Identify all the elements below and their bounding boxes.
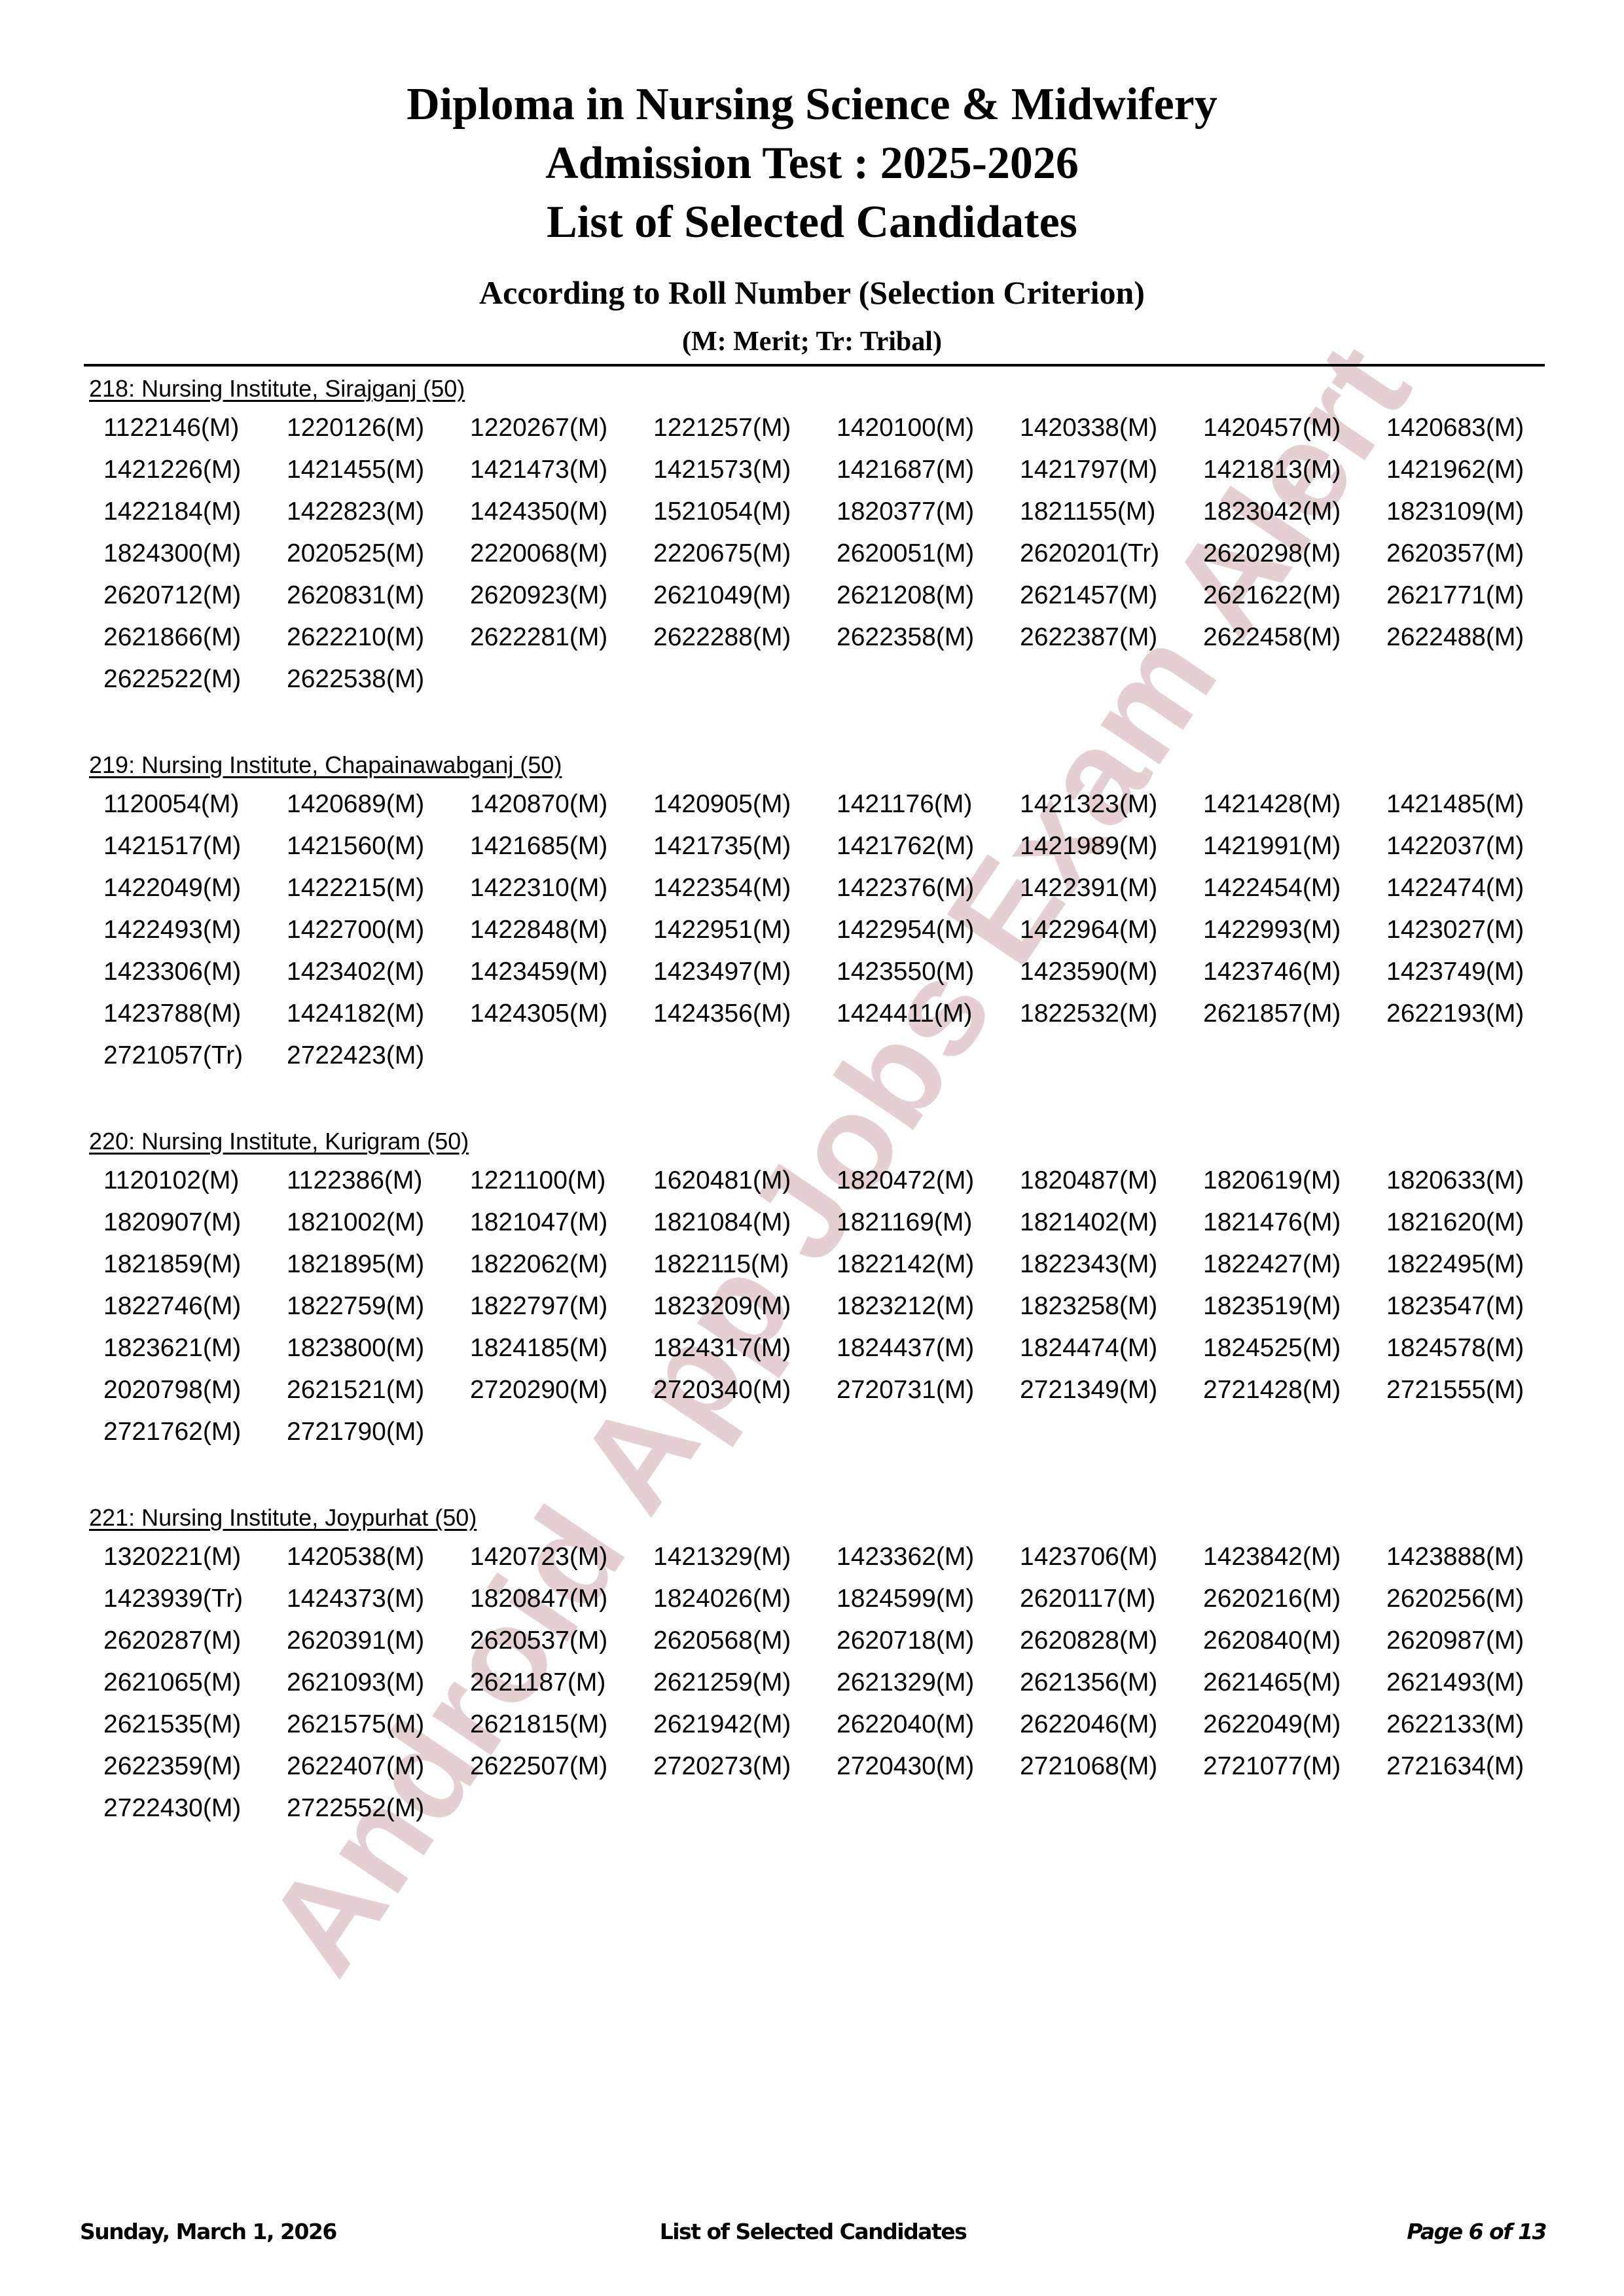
candidate-roll: 1423550(M) <box>818 951 1001 993</box>
candidate-roll: 2721057(Tr) <box>85 1035 268 1077</box>
title-line-1: Diploma in Nursing Science & Midwifery <box>0 75 1624 134</box>
candidate-roll: 2721555(M) <box>1368 1369 1551 1411</box>
candidate-roll: 1822062(M) <box>452 1244 635 1285</box>
candidate-roll: 2620712(M) <box>85 575 268 617</box>
candidate-roll: 1420689(M) <box>268 783 452 825</box>
candidate-roll: 1824525(M) <box>1185 1327 1368 1369</box>
candidate-roll: 2620568(M) <box>635 1620 818 1662</box>
candidate-roll: 1422376(M) <box>818 867 1001 909</box>
candidate-roll: 1423027(M) <box>1368 909 1551 951</box>
candidate-roll: 2720731(M) <box>818 1369 1001 1411</box>
candidate-roll: 2620828(M) <box>1001 1620 1185 1662</box>
candidate-roll: 2621187(M) <box>452 1662 635 1704</box>
candidate-roll: 2620357(M) <box>1368 533 1551 575</box>
candidate-roll: 1821895(M) <box>268 1244 452 1285</box>
candidate-roll: 2720290(M) <box>452 1369 635 1411</box>
candidate-roll: 2721428(M) <box>1185 1369 1368 1411</box>
candidate-roll: 1420338(M) <box>1001 407 1185 449</box>
candidate-roll: 1824317(M) <box>635 1327 818 1369</box>
candidate-roll: 2622193(M) <box>1368 993 1551 1035</box>
candidate-roll: 1421323(M) <box>1001 783 1185 825</box>
footer-title: List of Selected Candidates <box>80 2215 1546 2248</box>
candidate-roll: 1423402(M) <box>268 951 452 993</box>
section-heading: 221: Nursing Institute, Joypurhat (50) <box>89 1503 1558 1532</box>
candidate-roll: 1221257(M) <box>635 407 818 449</box>
candidate-roll: 1422474(M) <box>1368 867 1551 909</box>
candidate-roll: 1423842(M) <box>1185 1536 1368 1578</box>
candidate-roll: 1422184(M) <box>85 491 268 533</box>
candidate-roll: 2622288(M) <box>635 617 818 658</box>
candidate-roll: 1822343(M) <box>1001 1244 1185 1285</box>
candidate-roll: 2721068(M) <box>1001 1746 1185 1787</box>
section-heading: 220: Nursing Institute, Kurigram (50) <box>89 1127 1558 1156</box>
candidate-roll: 2621465(M) <box>1185 1662 1368 1704</box>
candidate-roll: 1424350(M) <box>452 491 635 533</box>
legend-note: (M: Merit; Tr: Tribal) <box>0 324 1624 359</box>
candidate-roll: 2622458(M) <box>1185 617 1368 658</box>
candidate-roll: 1422951(M) <box>635 909 818 951</box>
candidate-roll: 1823258(M) <box>1001 1285 1185 1327</box>
candidate-roll: 2620117(M) <box>1001 1578 1185 1620</box>
candidate-roll: 2620298(M) <box>1185 533 1368 575</box>
candidate-roll: 1824578(M) <box>1368 1327 1551 1369</box>
candidate-roll: 1421517(M) <box>85 825 268 867</box>
candidate-roll: 1824599(M) <box>818 1578 1001 1620</box>
candidate-roll: 1220267(M) <box>452 407 635 449</box>
candidate-roll: 2621457(M) <box>1001 575 1185 617</box>
candidate-roll: 2621259(M) <box>635 1662 818 1704</box>
candidate-roll: 2620831(M) <box>268 575 452 617</box>
candidate-roll: 1420457(M) <box>1185 407 1368 449</box>
candidate-roll: 1423497(M) <box>635 951 818 993</box>
candidate-roll: 2720273(M) <box>635 1746 818 1787</box>
candidate-roll: 2621093(M) <box>268 1662 452 1704</box>
candidate-roll: 2620287(M) <box>85 1620 268 1662</box>
candidate-roll: 2620201(Tr) <box>1001 533 1185 575</box>
candidate-roll: 1821620(M) <box>1368 1202 1551 1244</box>
candidate-roll: 1421428(M) <box>1185 783 1368 825</box>
candidate-roll: 1823212(M) <box>818 1285 1001 1327</box>
candidate-roll: 2721077(M) <box>1185 1746 1368 1787</box>
candidate-roll: 1820487(M) <box>1001 1160 1185 1202</box>
candidate-roll: 1421962(M) <box>1368 449 1551 491</box>
candidate-roll: 1120102(M) <box>85 1160 268 1202</box>
section-heading: 218: Nursing Institute, Sirajganj (50) <box>89 374 1558 403</box>
candidate-roll: 2622522(M) <box>85 658 268 700</box>
candidate-roll: 1423788(M) <box>85 993 268 1035</box>
candidate-roll: 1820472(M) <box>818 1160 1001 1202</box>
candidate-roll: 2621575(M) <box>268 1704 452 1746</box>
institute-section: 219: Nursing Institute, Chapainawabganj … <box>85 751 1558 1077</box>
candidate-roll: 1823800(M) <box>268 1327 452 1369</box>
candidate-roll: 1421989(M) <box>1001 825 1185 867</box>
candidate-roll: 2620987(M) <box>1368 1620 1551 1662</box>
candidate-roll: 1422454(M) <box>1185 867 1368 909</box>
candidate-roll: 1824026(M) <box>635 1578 818 1620</box>
candidate-roll: 1822142(M) <box>818 1244 1001 1285</box>
institute-section: 218: Nursing Institute, Sirajganj (50) 1… <box>85 374 1558 700</box>
candidate-roll: 2621208(M) <box>818 575 1001 617</box>
candidate-roll: 1421797(M) <box>1001 449 1185 491</box>
candidate-roll: 1423939(Tr) <box>85 1578 268 1620</box>
candidate-roll: 1422848(M) <box>452 909 635 951</box>
candidate-roll: 1423306(M) <box>85 951 268 993</box>
candidate-roll: 1422700(M) <box>268 909 452 951</box>
candidate-roll: 1421473(M) <box>452 449 635 491</box>
title-line-2: Admission Test : 2025-2026 <box>0 134 1624 193</box>
candidate-roll: 2722423(M) <box>268 1035 452 1077</box>
candidate-roll: 2721349(M) <box>1001 1369 1185 1411</box>
candidate-grid: 1120054(M)1420689(M)1420870(M)1420905(M)… <box>85 783 1558 1077</box>
candidate-roll: 1220126(M) <box>268 407 452 449</box>
candidate-roll: 1821155(M) <box>1001 491 1185 533</box>
candidate-roll: 2220068(M) <box>452 533 635 575</box>
candidate-roll: 1821859(M) <box>85 1244 268 1285</box>
candidate-roll: 2621493(M) <box>1368 1662 1551 1704</box>
candidate-roll: 1221100(M) <box>452 1160 635 1202</box>
candidate-roll: 1822797(M) <box>452 1285 635 1327</box>
candidate-roll: 1122146(M) <box>85 407 268 449</box>
candidate-roll: 2621521(M) <box>268 1369 452 1411</box>
candidate-roll: 1421329(M) <box>635 1536 818 1578</box>
candidate-roll: 1420538(M) <box>268 1536 452 1578</box>
institute-section: 221: Nursing Institute, Joypurhat (50) 1… <box>85 1503 1558 1829</box>
candidate-roll: 2620537(M) <box>452 1620 635 1662</box>
candidate-roll: 1820847(M) <box>452 1578 635 1620</box>
candidate-grid: 1320221(M)1420538(M)1420723(M)1421329(M)… <box>85 1536 1558 1829</box>
candidate-roll: 1821169(M) <box>818 1202 1001 1244</box>
candidate-roll: 1422354(M) <box>635 867 818 909</box>
candidate-roll: 2622387(M) <box>1001 617 1185 658</box>
candidate-roll: 1420683(M) <box>1368 407 1551 449</box>
candidate-roll: 1823621(M) <box>85 1327 268 1369</box>
candidate-roll: 2622210(M) <box>268 617 452 658</box>
candidate-roll: 1821402(M) <box>1001 1202 1185 1244</box>
candidate-roll: 1122386(M) <box>268 1160 452 1202</box>
candidate-roll: 1424373(M) <box>268 1578 452 1620</box>
candidate-grid: 1122146(M)1220126(M)1220267(M)1221257(M)… <box>85 407 1558 700</box>
candidate-roll: 1422391(M) <box>1001 867 1185 909</box>
candidate-roll: 1821002(M) <box>268 1202 452 1244</box>
candidate-roll: 1422823(M) <box>268 491 452 533</box>
candidate-roll: 2622281(M) <box>452 617 635 658</box>
candidate-roll: 1423459(M) <box>452 951 635 993</box>
candidate-roll: 2621356(M) <box>1001 1662 1185 1704</box>
candidate-roll: 1421226(M) <box>85 449 268 491</box>
candidate-roll: 1821084(M) <box>635 1202 818 1244</box>
candidate-roll: 1423749(M) <box>1368 951 1551 993</box>
page-number: Page 6 of 13 <box>1407 2215 1546 2248</box>
candidate-roll: 2620216(M) <box>1185 1578 1368 1620</box>
candidate-roll: 2721634(M) <box>1368 1746 1551 1787</box>
section-heading: 219: Nursing Institute, Chapainawabganj … <box>89 751 1558 780</box>
candidate-roll: 1823519(M) <box>1185 1285 1368 1327</box>
candidate-roll: 2220675(M) <box>635 533 818 575</box>
candidate-roll: 1422993(M) <box>1185 909 1368 951</box>
candidate-roll: 1823209(M) <box>635 1285 818 1327</box>
candidate-roll: 1422215(M) <box>268 867 452 909</box>
candidate-roll: 2722430(M) <box>85 1787 268 1829</box>
candidate-roll: 1820377(M) <box>818 491 1001 533</box>
candidate-roll: 2622133(M) <box>1368 1704 1551 1746</box>
candidate-roll: 2720430(M) <box>818 1746 1001 1787</box>
candidate-roll: 1421573(M) <box>635 449 818 491</box>
candidate-roll: 1823109(M) <box>1368 491 1551 533</box>
candidate-roll: 1423706(M) <box>1001 1536 1185 1578</box>
candidate-roll: 1421455(M) <box>268 449 452 491</box>
candidate-roll: 2622407(M) <box>268 1746 452 1787</box>
candidate-roll: 1820907(M) <box>85 1202 268 1244</box>
candidate-roll: 2720340(M) <box>635 1369 818 1411</box>
candidate-roll: 1422954(M) <box>818 909 1001 951</box>
candidate-roll: 2621771(M) <box>1368 575 1551 617</box>
header-divider <box>84 364 1545 367</box>
candidate-roll: 1424182(M) <box>268 993 452 1035</box>
candidate-roll: 2620840(M) <box>1185 1620 1368 1662</box>
candidate-roll: 2620256(M) <box>1368 1578 1551 1620</box>
candidate-roll: 1824474(M) <box>1001 1327 1185 1369</box>
candidate-roll: 2620391(M) <box>268 1620 452 1662</box>
candidate-roll: 1422049(M) <box>85 867 268 909</box>
candidate-roll: 2622359(M) <box>85 1746 268 1787</box>
candidate-roll: 2722552(M) <box>268 1787 452 1829</box>
subtitle: According to Roll Number (Selection Crit… <box>0 272 1624 314</box>
candidate-roll: 1421991(M) <box>1185 825 1368 867</box>
candidate-roll: 1424356(M) <box>635 993 818 1035</box>
candidate-roll: 1824185(M) <box>452 1327 635 1369</box>
candidate-roll: 1822746(M) <box>85 1285 268 1327</box>
candidate-roll: 1422493(M) <box>85 909 268 951</box>
candidate-roll: 1421485(M) <box>1368 783 1551 825</box>
candidate-roll: 2020798(M) <box>85 1369 268 1411</box>
candidate-roll: 2622040(M) <box>818 1704 1001 1746</box>
candidate-roll: 1823547(M) <box>1368 1285 1551 1327</box>
candidate-roll: 1420870(M) <box>452 783 635 825</box>
candidate-roll: 1420723(M) <box>452 1536 635 1578</box>
candidate-roll: 2620051(M) <box>818 533 1001 575</box>
candidate-roll: 1420905(M) <box>635 783 818 825</box>
candidate-roll: 1821476(M) <box>1185 1202 1368 1244</box>
candidate-roll: 1423888(M) <box>1368 1536 1551 1578</box>
candidate-roll: 1421735(M) <box>635 825 818 867</box>
candidate-roll: 2622488(M) <box>1368 617 1551 658</box>
candidate-roll: 2621065(M) <box>85 1662 268 1704</box>
candidate-roll: 1824437(M) <box>818 1327 1001 1369</box>
institute-section: 220: Nursing Institute, Kurigram (50) 11… <box>85 1127 1558 1453</box>
candidate-roll: 2621866(M) <box>85 617 268 658</box>
candidate-roll: 1422310(M) <box>452 867 635 909</box>
candidate-roll: 1620481(M) <box>635 1160 818 1202</box>
candidate-roll: 2621329(M) <box>818 1662 1001 1704</box>
candidate-roll: 1423590(M) <box>1001 951 1185 993</box>
candidate-roll: 1822495(M) <box>1368 1244 1551 1285</box>
candidate-roll: 2622507(M) <box>452 1746 635 1787</box>
candidate-roll: 1423362(M) <box>818 1536 1001 1578</box>
candidate-roll: 1824300(M) <box>85 533 268 575</box>
candidate-roll: 1822532(M) <box>1001 993 1185 1035</box>
candidate-roll: 2621622(M) <box>1185 575 1368 617</box>
candidate-roll: 2620718(M) <box>818 1620 1001 1662</box>
candidate-roll: 1822759(M) <box>268 1285 452 1327</box>
candidate-roll: 1421762(M) <box>818 825 1001 867</box>
candidate-roll: 2621535(M) <box>85 1704 268 1746</box>
candidate-roll: 1422964(M) <box>1001 909 1185 951</box>
candidate-roll: 1424411(M) <box>818 993 1001 1035</box>
candidate-roll: 2621049(M) <box>635 575 818 617</box>
candidate-roll: 1421687(M) <box>818 449 1001 491</box>
document-page: Android App Jobs Exam Alert Diploma in N… <box>0 0 1624 2296</box>
page-footer: Sunday, March 1, 2026 List of Selected C… <box>80 2215 1546 2248</box>
candidate-roll: 1424305(M) <box>452 993 635 1035</box>
candidate-roll: 2622049(M) <box>1185 1704 1368 1746</box>
candidate-roll: 1421560(M) <box>268 825 452 867</box>
candidate-roll: 2621857(M) <box>1185 993 1368 1035</box>
candidate-roll: 2622358(M) <box>818 617 1001 658</box>
title-line-3: List of Selected Candidates <box>0 193 1624 252</box>
candidate-roll: 2721790(M) <box>268 1411 452 1453</box>
candidate-roll: 2620923(M) <box>452 575 635 617</box>
candidate-roll: 1421176(M) <box>818 783 1001 825</box>
candidate-roll: 1420100(M) <box>818 407 1001 449</box>
candidate-roll: 1421685(M) <box>452 825 635 867</box>
candidate-roll: 1820619(M) <box>1185 1160 1368 1202</box>
candidate-roll: 2621942(M) <box>635 1704 818 1746</box>
candidate-roll: 1822427(M) <box>1185 1244 1368 1285</box>
candidate-roll: 1820633(M) <box>1368 1160 1551 1202</box>
candidate-grid: 1120102(M)1122386(M)1221100(M)1620481(M)… <box>85 1160 1558 1453</box>
candidate-roll: 2622538(M) <box>268 658 452 700</box>
candidate-roll: 1421813(M) <box>1185 449 1368 491</box>
candidate-roll: 1823042(M) <box>1185 491 1368 533</box>
candidate-roll: 1423746(M) <box>1185 951 1368 993</box>
candidate-roll: 2721762(M) <box>85 1411 268 1453</box>
candidate-roll: 1120054(M) <box>85 783 268 825</box>
candidate-roll: 1320221(M) <box>85 1536 268 1578</box>
candidate-roll: 1521054(M) <box>635 491 818 533</box>
candidate-roll: 1422037(M) <box>1368 825 1551 867</box>
candidate-roll: 1822115(M) <box>635 1244 818 1285</box>
candidate-roll: 2020525(M) <box>268 533 452 575</box>
candidate-roll: 2621815(M) <box>452 1704 635 1746</box>
candidate-roll: 1821047(M) <box>452 1202 635 1244</box>
candidate-roll: 2622046(M) <box>1001 1704 1185 1746</box>
